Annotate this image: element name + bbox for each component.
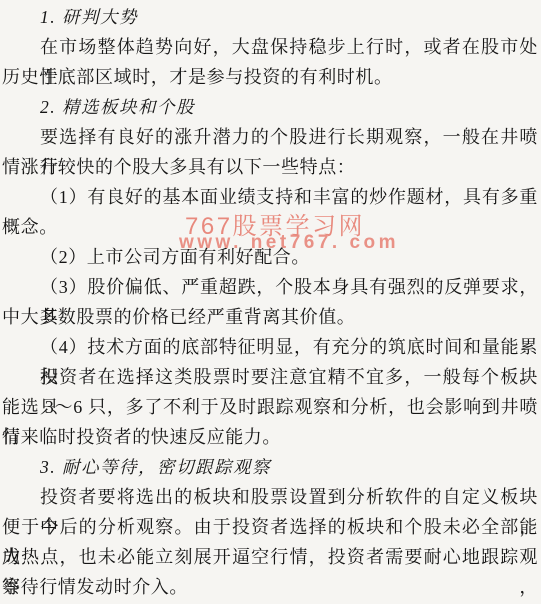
body-line: 能选 3～6 只，多了不利于及时跟踪观察和分析，也会影响到井喷行	[2, 392, 538, 422]
text-block: 1. 研判大势 在市场整体趋势向好，大盘保持稳步上行时，或者在股市处于 历史性底…	[2, 2, 538, 602]
list-item-line: （2）上市公司方面有利好配合。	[2, 242, 538, 272]
scanned-book-page: 1. 研判大势 在市场整体趋势向好，大盘保持稳步上行时，或者在股市处于 历史性底…	[0, 0, 541, 604]
body-line: 概念。	[2, 212, 538, 242]
body-line: 情来临时投资者的快速反应能力。	[2, 422, 538, 452]
body-line: 投资者在选择这类股票时要注意宜精不宜多，一般每个板块只	[2, 362, 538, 392]
body-line: 投资者要将选出的板块和股票设置到分析软件的自定义板块中，	[2, 482, 538, 512]
body-line: 历史性底部区域时，才是参与投资的有利时机。	[2, 62, 538, 92]
body-line: 在市场整体趋势向好，大盘保持稳步上行时，或者在股市处于	[2, 32, 538, 62]
list-item-line: （1）有良好的基本面业绩支持和丰富的炒作题材，具有多重	[2, 182, 538, 212]
body-line: 便于今后的分析观察。由于投资者选择的板块和个股未必全部能成	[2, 512, 538, 542]
body-line: 中大多数股票的价格已经严重背离其价值。	[2, 302, 538, 332]
list-item-line: （3）股价偏低、严重超跌，个股本身具有强烈的反弹要求，其	[2, 272, 538, 302]
section-heading-1: 1. 研判大势	[2, 2, 538, 32]
section-heading-3: 3. 耐心等待，密切跟踪观察	[2, 452, 538, 482]
section-heading-2: 2. 精选板块和个股	[2, 92, 538, 122]
body-line: 为热点，也未必能立刻展开逼空行情，投资者需要耐心地跟踪观察，	[2, 542, 538, 572]
body-line: 情涨升较快的个股大多具有以下一些特点：	[2, 152, 538, 182]
list-item-line: （4）技术方面的底部特征明显，有充分的筑底时间和量能累积。	[2, 332, 538, 362]
body-line: 要选择有良好的涨升潜力的个股进行长期观察，一般在井喷行	[2, 122, 538, 152]
